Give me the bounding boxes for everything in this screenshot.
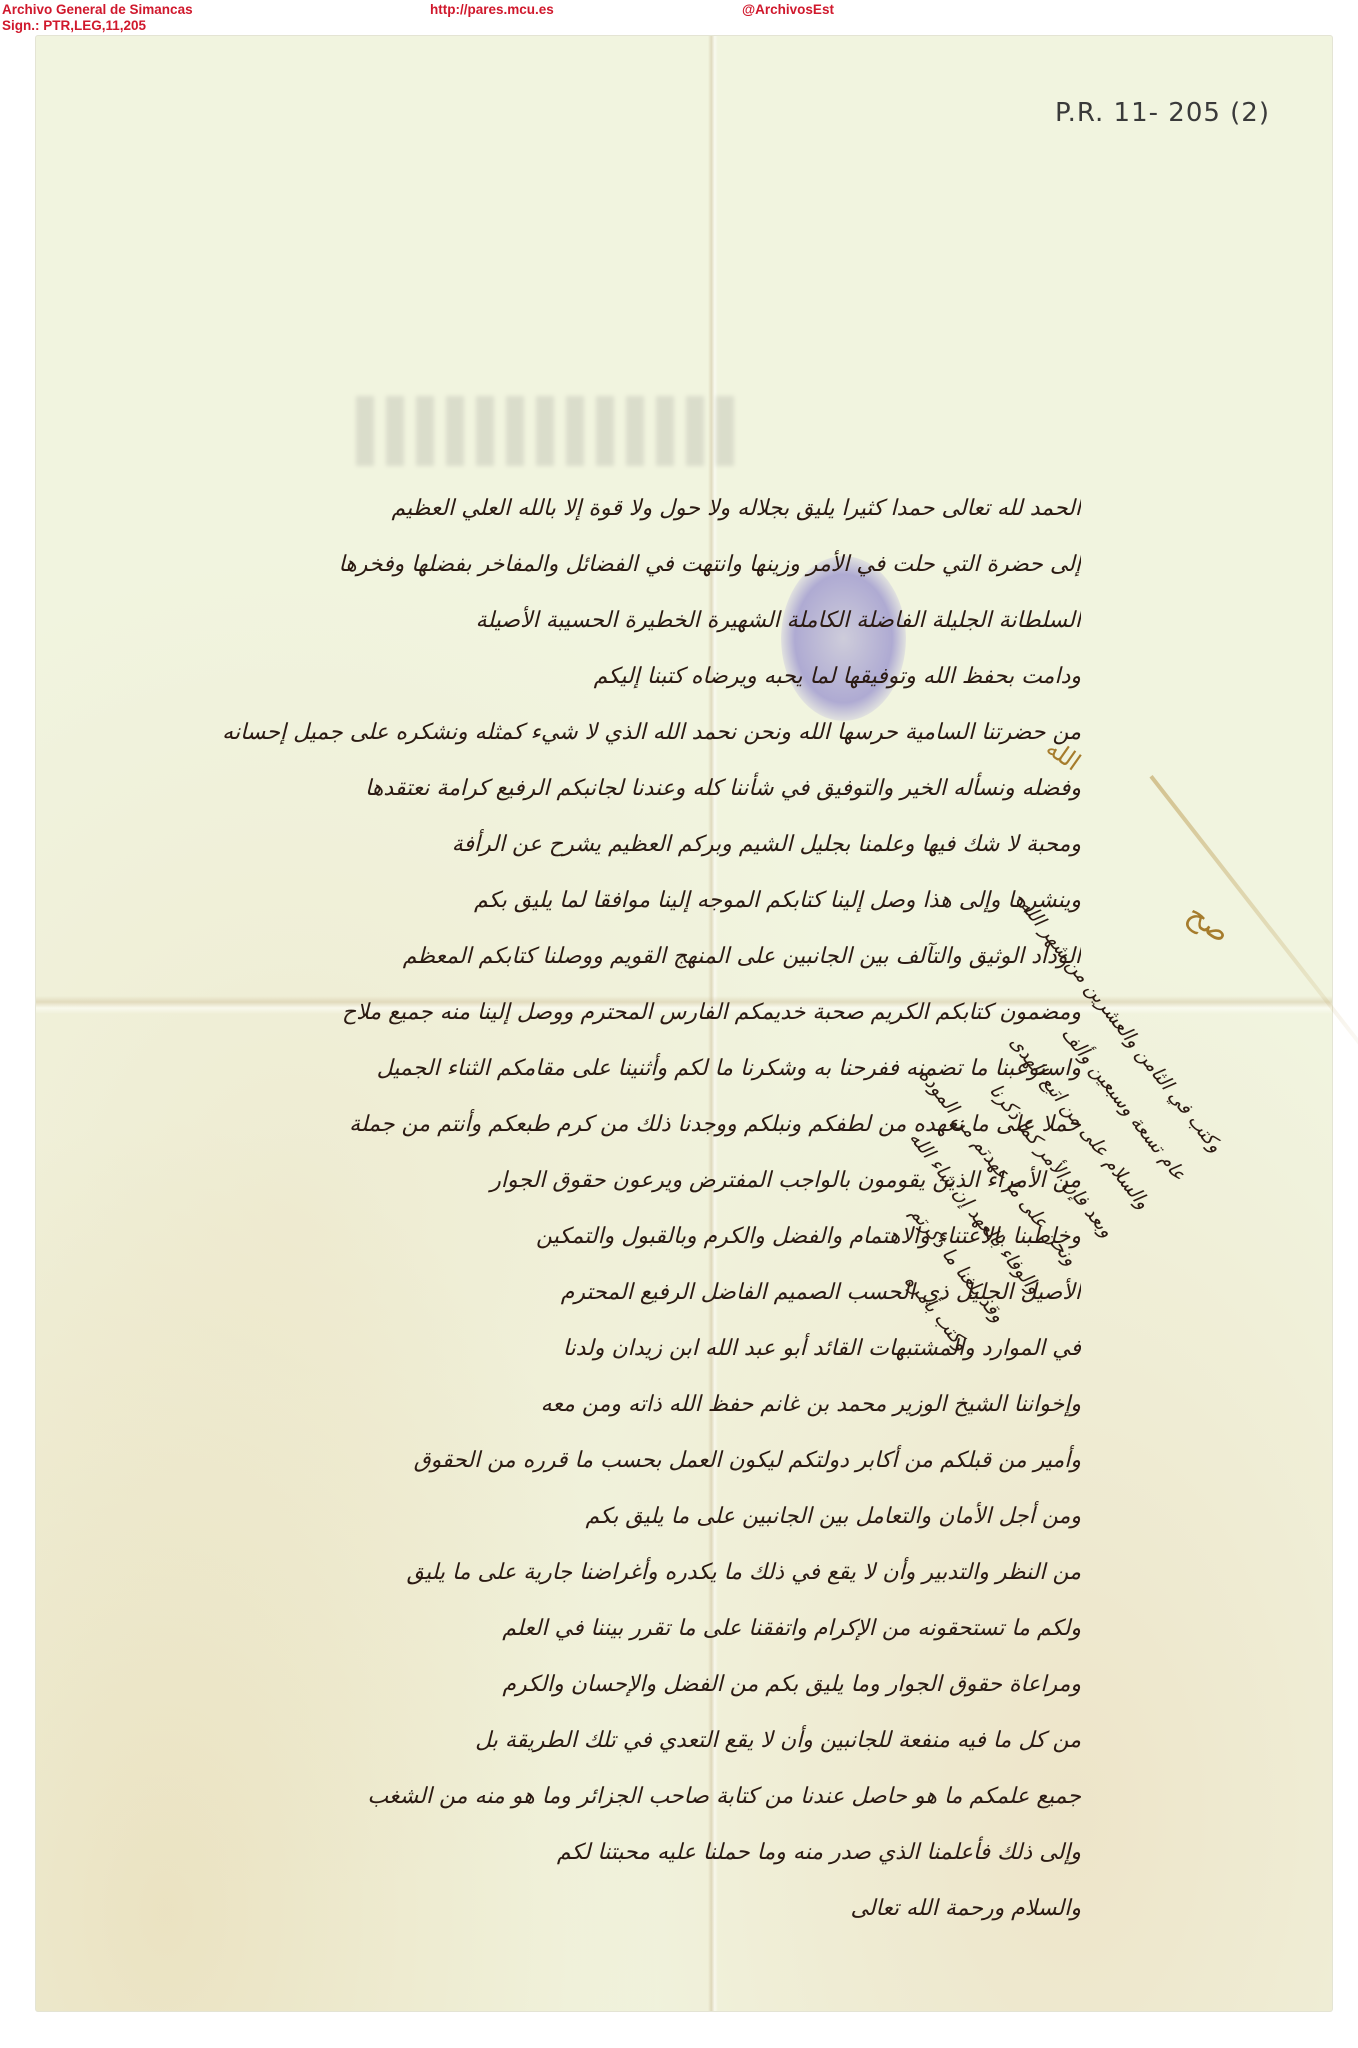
- manuscript-line: من النظر والتدبير وأن لا يقع في ذلك ما ي…: [81, 1545, 1081, 1601]
- manuscript-line: وأمير من قبلكم من أكابر دولتكم ليكون الع…: [81, 1433, 1081, 1489]
- manuscript-line: إلى حضرة التي حلت في الأمر وزينها وانتهت…: [81, 537, 1081, 593]
- faded-heading-text: [356, 396, 736, 466]
- manuscript-line: وإلى ذلك فأعلمنا الذي صدر منه وما حملنا …: [81, 1825, 1081, 1881]
- manuscript-line: والسلام ورحمة الله تعالى: [81, 1881, 1081, 1937]
- manuscript-line: جميع علمكم ما هو حاصل عندنا من كتابة صاح…: [81, 1769, 1081, 1825]
- manuscript-line: ولكم ما تستحقونه من الإكرام واتفقنا على …: [81, 1601, 1081, 1657]
- archive-signature: Sign.: PTR,LEG,11,205: [2, 18, 146, 34]
- manuscript-line: وإخواننا الشيخ الوزير محمد بن غانم حفظ ا…: [81, 1377, 1081, 1433]
- manuscript-line: من كل ما فيه منفعة للجانبين وأن لا يقع ا…: [81, 1713, 1081, 1769]
- manuscript-line: الحمد لله تعالى حمدا كثيرا يليق بجلاله و…: [81, 481, 1081, 537]
- archive-name: Archivo General de Simancas: [2, 2, 193, 18]
- manuscript-page: P.R. 11- 205 (2) الحمد لله تعالى حمدا كث…: [36, 36, 1332, 2011]
- gold-annotation: صح: [1180, 896, 1237, 950]
- manuscript-line: ومن أجل الأمان والتعامل بين الجانبين على…: [81, 1489, 1081, 1545]
- manuscript-line: ودامت بحفظ الله وتوفيقها لما يحبه ويرضاه…: [81, 649, 1081, 705]
- catalog-reference-note: P.R. 11- 205 (2): [1055, 98, 1270, 128]
- manuscript-line: السلطانة الجليلة الفاضلة الكاملة الشهيرة…: [81, 593, 1081, 649]
- archive-twitter-link[interactable]: @ArchivosEst: [742, 2, 834, 18]
- archive-url-link[interactable]: http://pares.mcu.es: [430, 2, 554, 18]
- manuscript-line: ومراعاة حقوق الجوار وما يليق بكم من الفض…: [81, 1657, 1081, 1713]
